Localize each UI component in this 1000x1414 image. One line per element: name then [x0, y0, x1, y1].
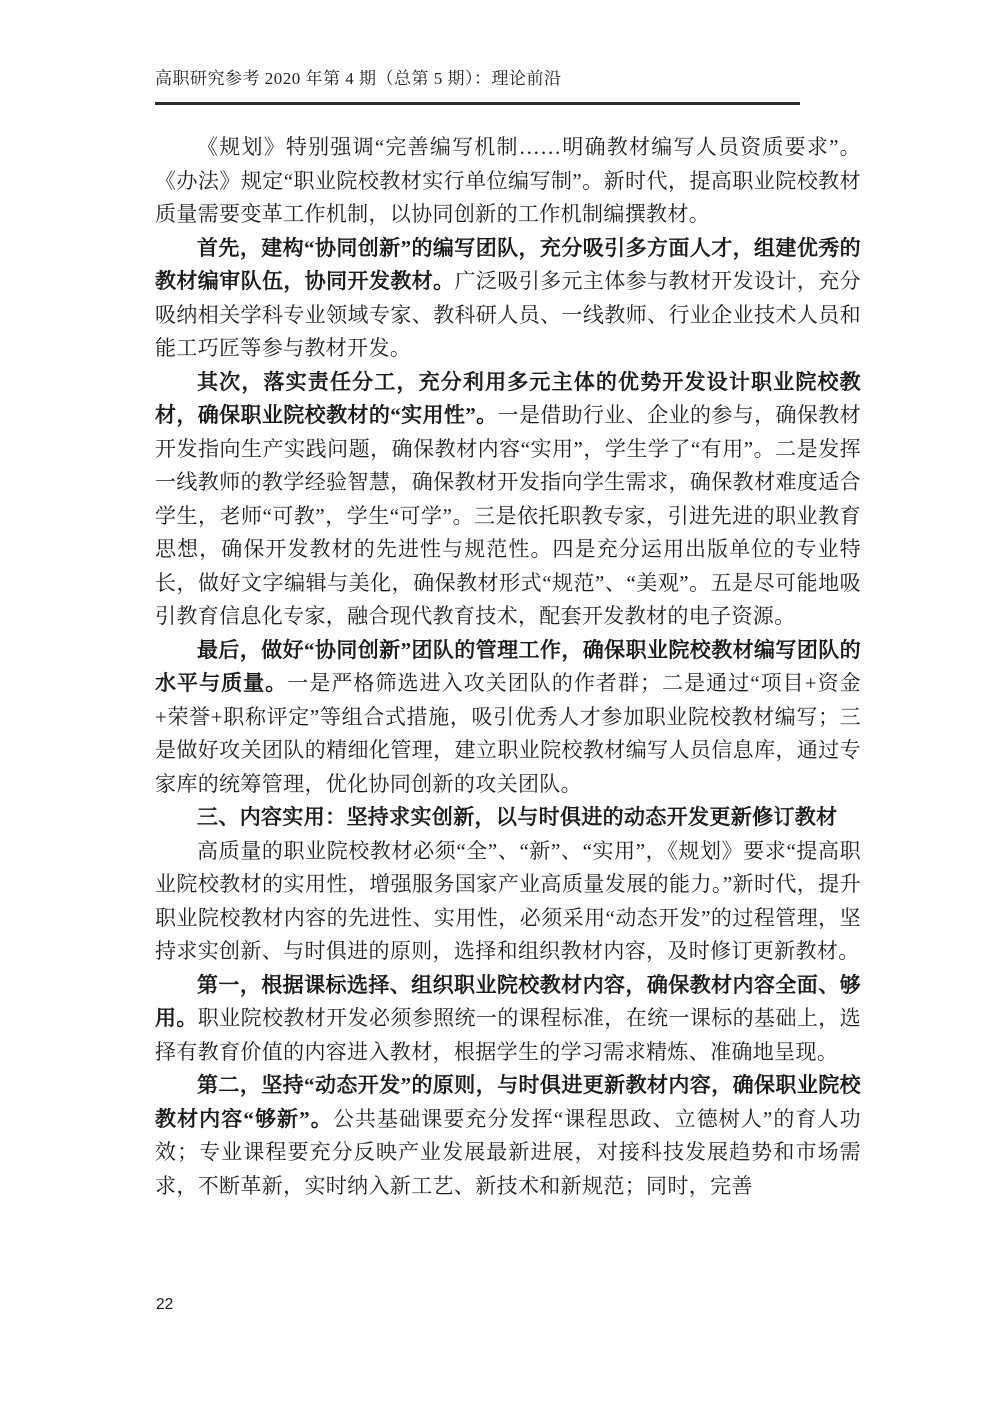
text-run: 职业院校教材开发必须参照统一的课程标准，在统一课标的基础上，选择有教育价值的内容… — [155, 1006, 861, 1064]
paragraph: 其次，落实责任分工，充分利用多元主体的优势开发设计职业院校教材，确保职业院校教材… — [155, 366, 861, 634]
paragraph: 第一，根据课标选择、组织职业院校教材内容，确保教材内容全面、够用。职业院校教材开… — [155, 969, 861, 1070]
text-run: 《规划》特别强调“完善编写机制……明确教材编写人员资质要求”。《办法》规定“职业… — [155, 135, 861, 226]
article-body: 《规划》特别强调“完善编写机制……明确教材编写人员资质要求”。《办法》规定“职业… — [155, 131, 861, 1203]
running-head: 高职研究参考 2020 年第 4 期（总第 5 期）：理论前沿 — [155, 64, 800, 105]
paragraph: 第二，坚持“动态开发”的原则，与时俱进更新教材内容，确保职业院校教材内容“够新”… — [155, 1069, 861, 1203]
document-page: 高职研究参考 2020 年第 4 期（总第 5 期）：理论前沿 《规划》特别强调… — [0, 0, 1000, 1414]
paragraph: 《规划》特别强调“完善编写机制……明确教材编写人员资质要求”。《办法》规定“职业… — [155, 131, 861, 232]
page-number: 22 — [156, 1296, 173, 1314]
text-run: 一是借助行业、企业的参与，确保教材开发指向生产实践问题，确保教材内容“实用”，学… — [155, 403, 861, 628]
text-run: 高质量的职业院校教材必须“全”、“新”、“实用”，《规划》要求“提高职业院校教材… — [155, 839, 861, 964]
bold-text-run: 三、内容实用：坚持求实创新，以与时俱进的动态开发更新修订教材 — [197, 805, 838, 829]
paragraph: 最后，做好“协同创新”团队的管理工作，确保职业院校教材编写团队的水平与质量。一是… — [155, 634, 861, 802]
journal-issue-line: 高职研究参考 2020 年第 4 期（总第 5 期）：理论前沿 — [155, 69, 562, 88]
paragraph: 首先，建构“协同创新”的编写团队，充分吸引多方面人才，组建优秀的教材编审队伍，协… — [155, 232, 861, 366]
section-heading: 三、内容实用：坚持求实创新，以与时俱进的动态开发更新修订教材 — [155, 801, 861, 835]
paragraph: 高质量的职业院校教材必须“全”、“新”、“实用”，《规划》要求“提高职业院校教材… — [155, 835, 861, 969]
